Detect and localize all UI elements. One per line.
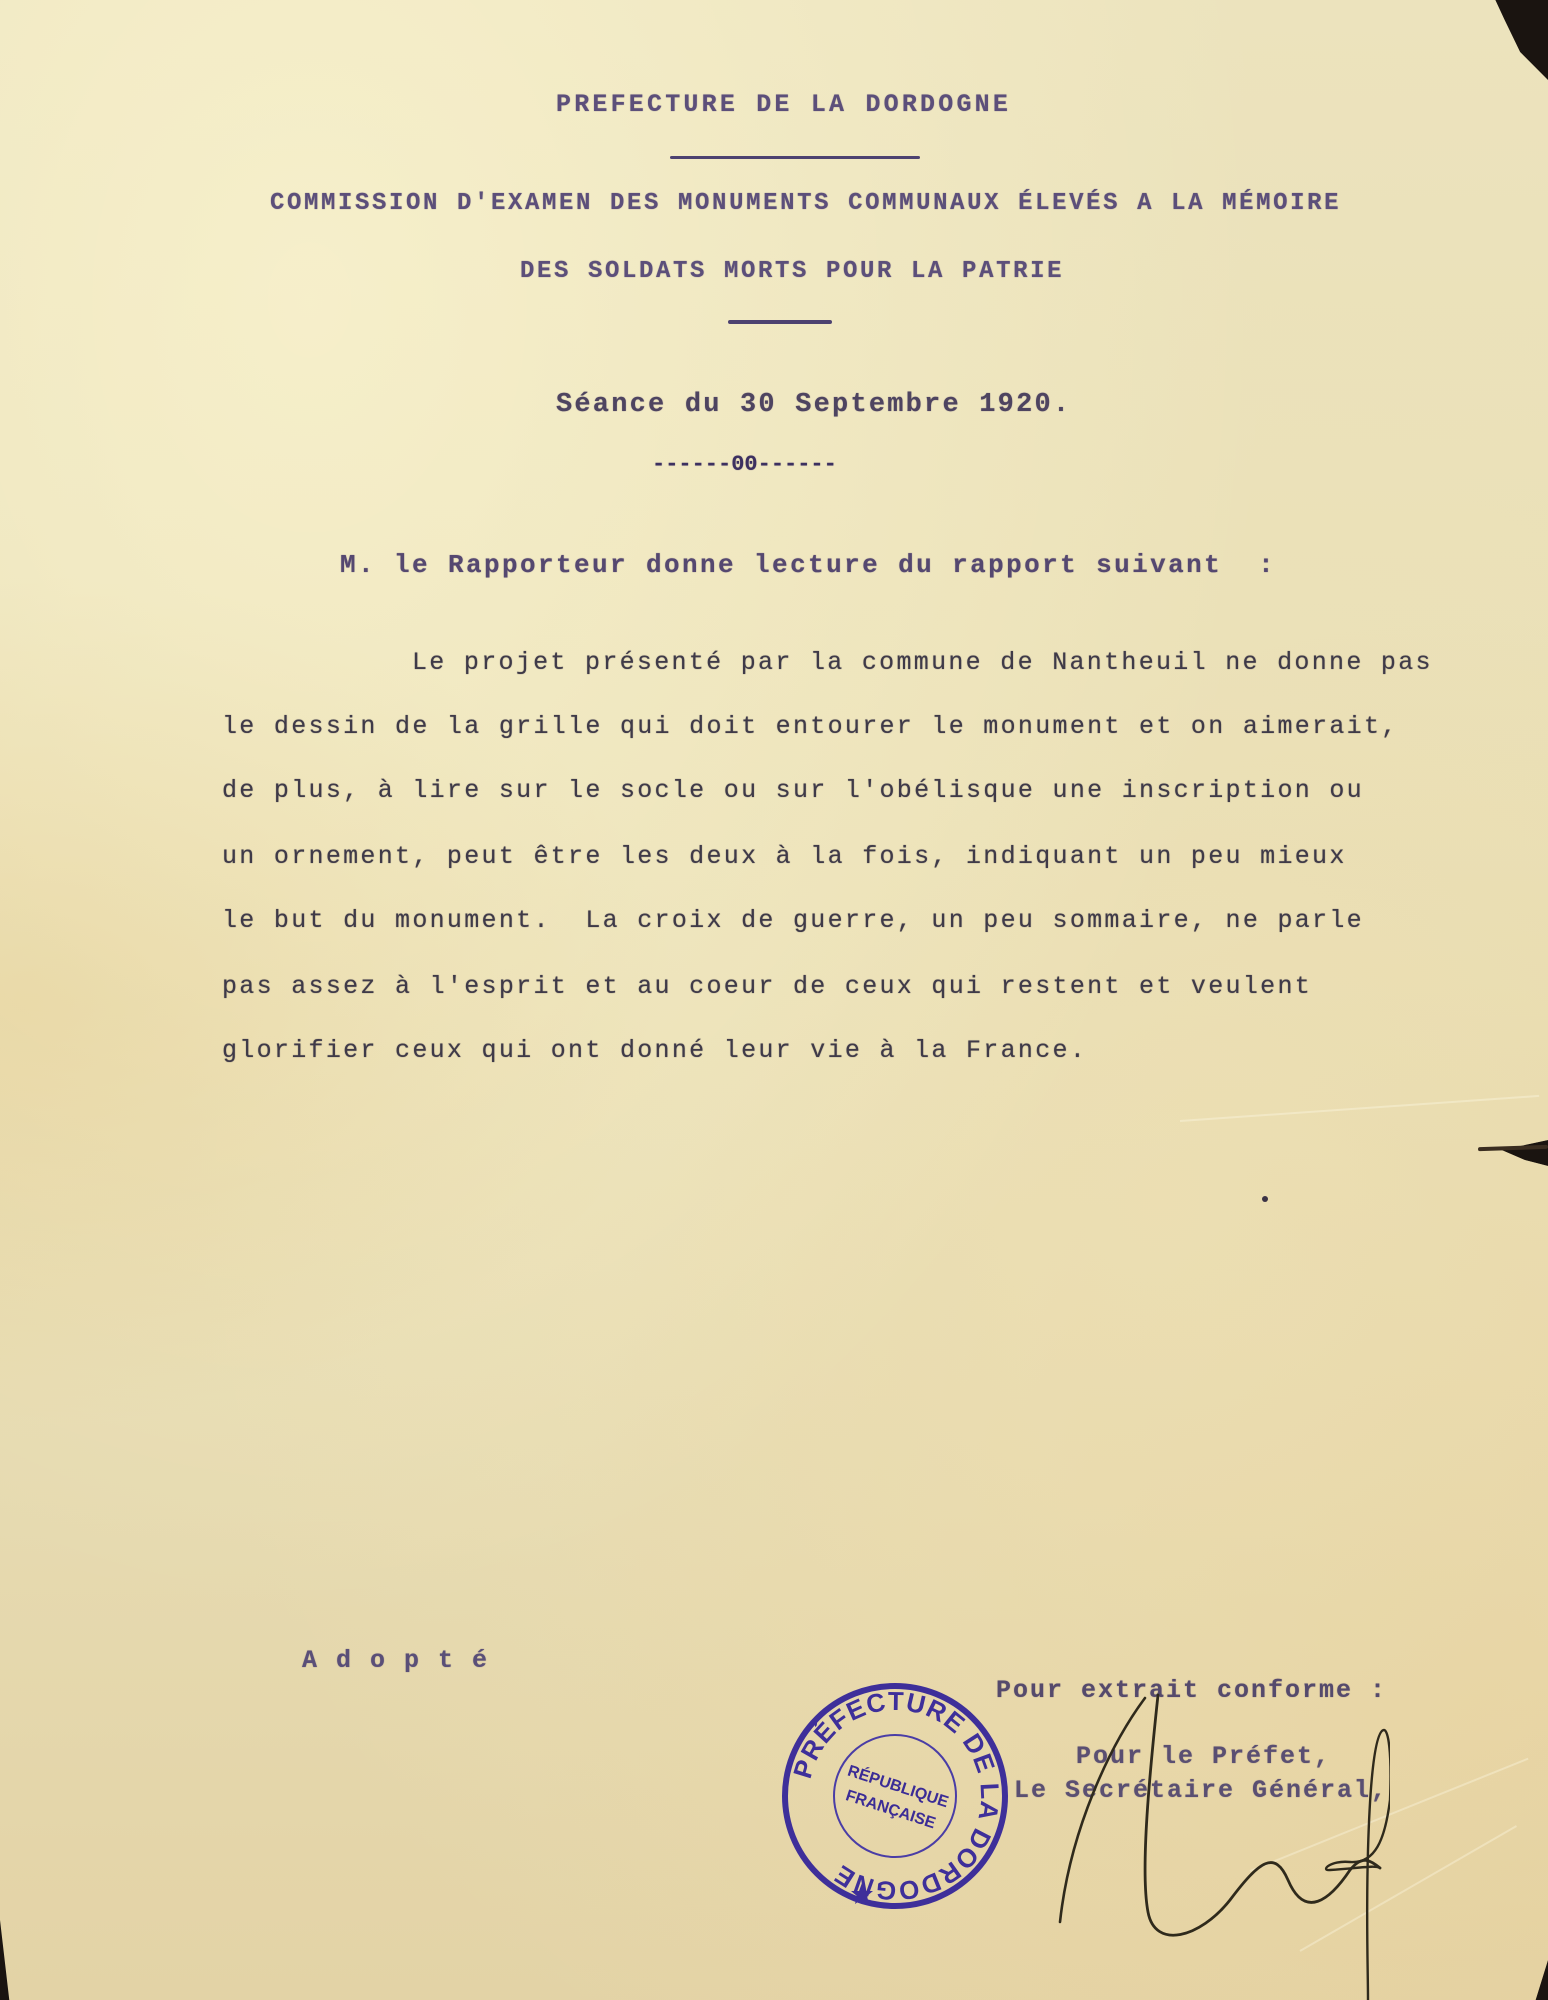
stamp-inner-ring [833,1734,957,1858]
report-line-4: un ornement, peut être les deux à la foi… [222,842,1347,871]
session-date: Séance du 30 Septembre 1920. [556,390,1071,420]
header-underline [670,156,920,159]
report-line-2: le dessin de la grille qui doit entourer… [222,712,1399,741]
rapporteur-intro: M. le Rapporteur donne lecture du rappor… [340,550,1276,580]
session-separator: ------00------ [652,452,837,477]
commission-underline [728,320,832,324]
commission-heading-line2: DES SOLDATS MORTS POUR LA PATRIE [520,258,1064,285]
report-line-6: pas assez à l'esprit et au coeur de ceux… [222,972,1312,1001]
report-line-7: glorifier ceux qui ont donné leur vie à … [222,1036,1087,1065]
commission-heading-line1: COMMISSION D'EXAMEN DES MONUMENTS COMMUN… [270,190,1341,217]
decision-adopted: A d o p t é [302,1646,489,1675]
handwritten-signature-icon [1030,1690,1390,2000]
report-line-1: Le projet présenté par la commune de Nan… [412,648,1433,677]
prefecture-stamp: PRÉFECTURE DE LA DORDOGNE RÉPUBLIQUE FRA… [782,1683,1008,1909]
prefecture-heading: PREFECTURE DE LA DORDOGNE [556,90,1011,119]
report-line-5: le but du monument. La croix de guerre, … [222,906,1364,935]
ink-speck [1262,1196,1268,1202]
report-line-3: de plus, à lire sur le socle ou sur l'ob… [222,776,1364,805]
